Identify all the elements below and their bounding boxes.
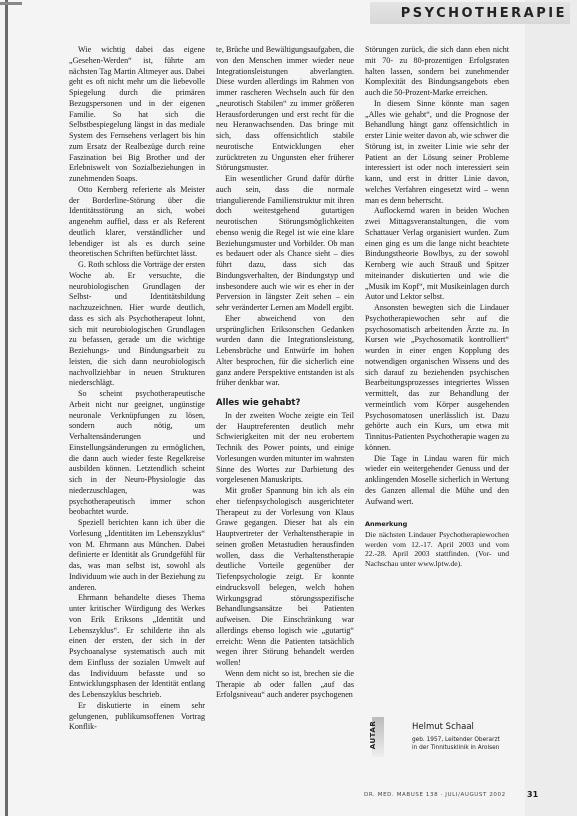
page-edge-shadow [525,0,577,816]
page-number: 31 [527,790,538,799]
article-column-3: Störungen zurück, die sich dann eben nic… [365,45,509,568]
paragraph: Die Tage in Lindau waren für mich wieder… [365,454,509,508]
paragraph: Auflockernd waren in beiden Wochen zwei … [365,206,509,303]
paragraph: Eher abweichend von den ursprünglichen E… [216,314,354,389]
subheading: Alles wie gehabt? [216,398,354,409]
article-column-2: te, Brüche und Bewältigungsaufgaben, die… [216,45,354,701]
footer-publication: DR. MED. MABUSE 138 · JULI/AUGUST 2002 [364,792,506,798]
paragraph: Wenn dem nicht so ist, brechen sie die T… [216,669,354,701]
note-heading: Anmerkung [365,519,509,530]
paragraph: te, Brüche und Bewältigungsaufgaben, die… [216,45,354,174]
article-column-1: Wie wichtig dabei das eigene „Gesehen-We… [69,45,205,733]
binding-top-mark [0,2,22,5]
paragraph: In diesem Sinne könnte man sagen „Alles … [365,99,509,207]
paragraph: Ehrmann behandelte dieses Thema unter kr… [69,593,205,701]
paragraph: Mit großer Spannung bin ich als ein eher… [216,486,354,669]
magazine-page: PSYCHOTHERAPIE Wie wichtig dabei das eig… [0,0,577,816]
paragraph: In der zweiten Woche zeigte ein Teil der… [216,411,354,486]
paragraph: Störungen zurück, die sich dann eben nic… [365,45,509,99]
paragraph: Er diskutierte in einem sehr gelungenen,… [69,701,205,733]
author-name: Helmut Schaal [412,722,474,732]
author-tag-label: AUTAR [369,721,377,749]
section-label: PSYCHOTHERAPIE [401,6,567,21]
paragraph: Ansonsten bewegten sich die Lindauer Psy… [365,303,509,454]
paragraph: Speziell berichten kann ich über die Vor… [69,518,205,593]
note-text: Die nächsten Lindauer Psychotherapiewoch… [365,530,509,568]
paragraph: Wie wichtig dabei das eigene „Gesehen-We… [69,45,205,185]
paragraph: G. Roth schloss die Vorträge der ersten … [69,260,205,389]
paragraph: Otto Kernberg referierte als Meister der… [69,185,205,260]
paragraph: So scheint psychotherapeutische Arbeit n… [69,389,205,518]
author-bio-line: in der Tinnitusklinik in Arolsen [412,744,522,752]
binding-edge [5,0,8,816]
author-bio-line: geb. 1957, Leitender Oberarzt [412,736,522,744]
author-bio: geb. 1957, Leitender Oberarzt in der Tin… [412,736,522,752]
author-tag: AUTAR [372,717,384,757]
author-box: AUTAR Helmut Schaal geb. 1957, Leitender… [372,717,522,759]
paragraph: Ein wesentlicher Grund dafür dürfte auch… [216,174,354,314]
